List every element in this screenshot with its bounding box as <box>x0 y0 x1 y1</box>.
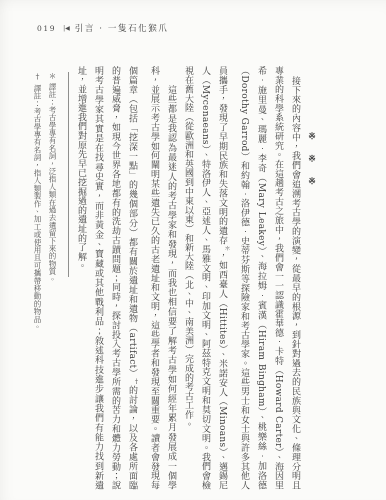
book-page: 019 |◀ 引言 · 一隻石化猴爪 ※※※ 接下來的內容中，我們會追溯考古學的… <box>0 0 386 500</box>
footnote-divider <box>68 72 69 277</box>
footnote-1-marker: ＊ <box>48 72 57 80</box>
section-break: ※※※ <box>303 66 320 490</box>
page-header: 019 |◀ 引言 · 一隻石化猴爪 <box>37 22 168 34</box>
footnote-1-text: 譯註：考古學專有名詞，泛指人類在過去遺留下來的物質。 <box>48 83 57 283</box>
paragraph-1: 接下來的內容中，我們會追溯考古學的演變，從最早的根源，到針對過去的民族與文化、條… <box>179 66 303 490</box>
footnote-2-text: 譯註：考古學專有名詞，指人類製作、加工或使用且可攜帶移動的物品。 <box>33 84 42 330</box>
paragraph-2: 這些都是我認為最迷人的考古學家和發現，而我也相信要了解考古學如何經年累月發展成一… <box>72 66 179 490</box>
footnote-2-marker: † <box>33 72 42 81</box>
paragraph-1-text: 接下來的內容中，我們會追溯考古學的演變，從最早的根源，到針對過去的民族與文化、條… <box>217 66 300 490</box>
body-text: ※※※ 接下來的內容中，我們會追溯考古學的演變，從最早的根源，到針對過去的民族與… <box>72 66 320 490</box>
running-title: 引言 · 一隻石化猴爪 <box>75 22 169 34</box>
page-number: 019 <box>37 24 56 33</box>
chapter-marker-icon: |◀ <box>63 25 70 32</box>
footnote-1: ＊譯註：考古學專有名詞，泛指人類在過去遺留下來的物質。 <box>45 72 60 492</box>
footnotes: ＊譯註：考古學專有名詞，泛指人類在過去遺留下來的物質。 †譯註：考古學專有名詞，… <box>30 72 60 492</box>
footnote-2: †譯註：考古學專有名詞，指人類製作、加工或使用且可攜帶移動的物品。 <box>30 72 45 492</box>
